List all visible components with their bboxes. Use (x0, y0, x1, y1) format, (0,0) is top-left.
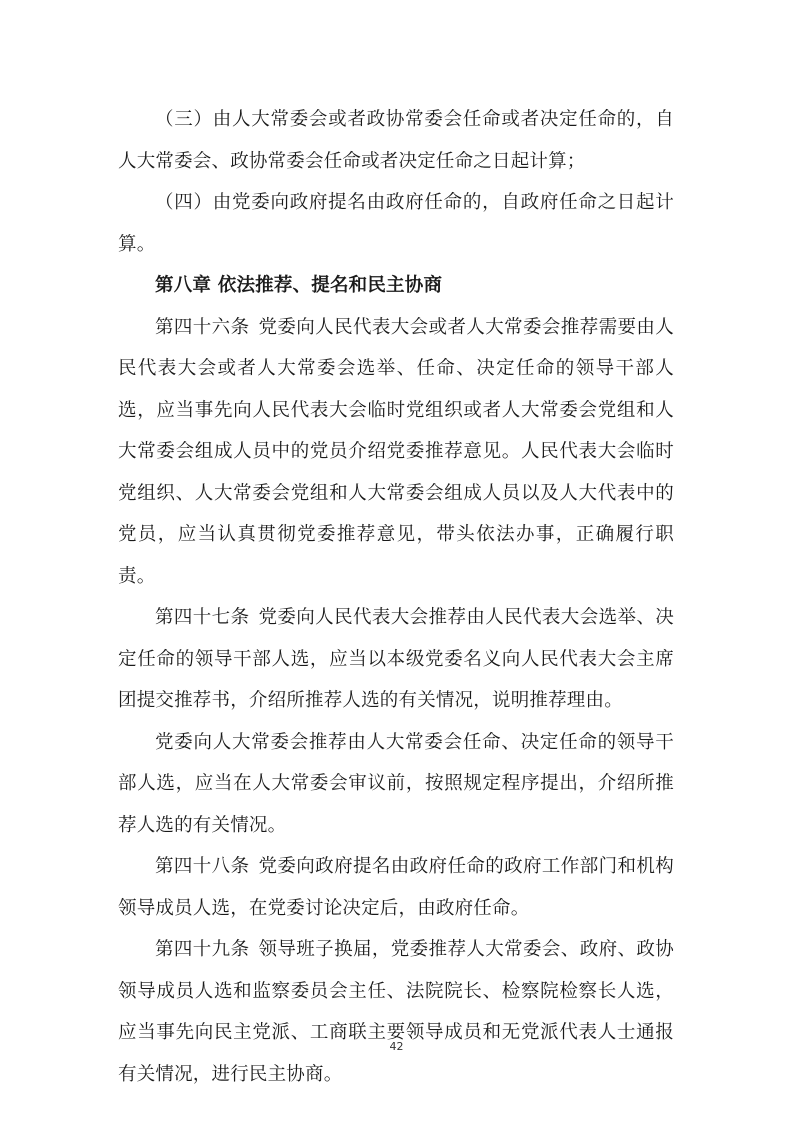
clause-paragraph-4: （四）由党委向政府提名由政府任命的，自政府任命之日起计算。 (118, 182, 674, 265)
article-number: 第四十九条 (155, 939, 249, 960)
page-body: （三）由人大常委会或者政协常委会任命或者决定任命的，自人大常委会、政协常委会任命… (118, 99, 674, 1095)
article-text: 党委向人民代表大会或者人大常委会推荐需要由人民代表大会或者人大常委会选举、任命、… (118, 317, 674, 587)
article-number: 第四十六条 (155, 317, 249, 338)
chapter-heading: 第八章 依法推荐、提名和民主协商 (118, 265, 674, 307)
article-number: 第四十八条 (155, 856, 249, 877)
article-number: 第四十七条 (155, 607, 249, 628)
document-page: （三）由人大常委会或者政协常委会任命或者决定任命的，自人大常委会、政协常委会任命… (0, 0, 793, 1122)
clause-paragraph-3: （三）由人大常委会或者政协常委会任命或者决定任命的，自人大常委会、政协常委会任命… (118, 99, 674, 182)
article-text: 领导班子换届，党委推荐人大常委会、政府、政协领导成员人选和监察委员会主任、法院院… (118, 939, 674, 1085)
page-number: 42 (0, 1040, 793, 1053)
article-49: 第四十九条领导班子换届，党委推荐人大常委会、政府、政协领导成员人选和监察委员会主… (118, 929, 674, 1095)
article-47-paragraph-2: 党委向人大常委会推荐由人大常委会任命、决定任命的领导干部人选，应当在人大常委会审… (118, 722, 674, 847)
article-47: 第四十七条党委向人民代表大会推荐由人民代表大会选举、决定任命的领导干部人选，应当… (118, 597, 674, 722)
article-46: 第四十六条党委向人民代表大会或者人大常委会推荐需要由人民代表大会或者人大常委会选… (118, 307, 674, 598)
article-48: 第四十八条党委向政府提名由政府任命的政府工作部门和机构领导成员人选，在党委讨论决… (118, 846, 674, 929)
